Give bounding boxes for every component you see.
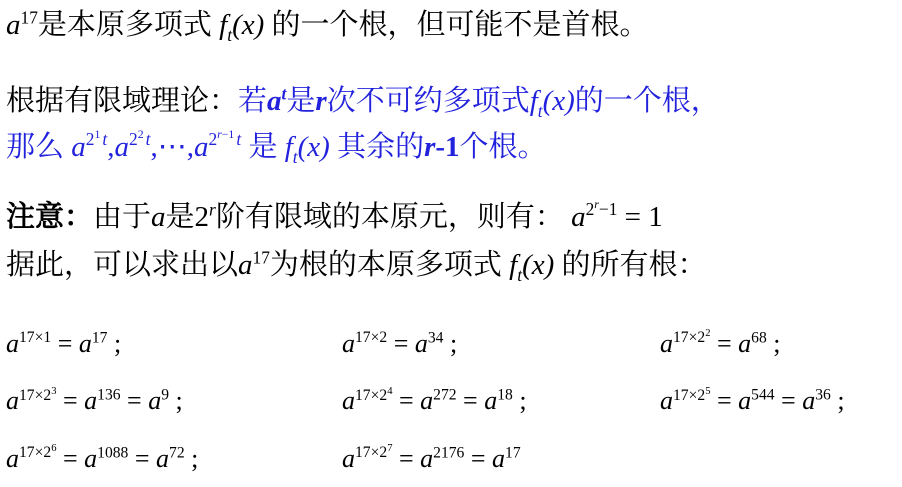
semicolon: ; [169, 386, 183, 415]
math-var-f: f [285, 131, 293, 163]
equals-sign: = [387, 329, 415, 358]
math-arg: (x) [232, 9, 264, 41]
root-formula-4: a17×23 = a136 = a9 ; [6, 381, 342, 421]
math-exponent: 17×23 [19, 387, 56, 404]
math-var-a: a [660, 329, 673, 358]
math-exponent: 9 [161, 387, 169, 404]
semicolon: ; [107, 329, 121, 358]
math-exponent: 2r−1t [208, 129, 241, 149]
paragraph-theory-line2: 那么 a21t,a22t,⋯,a2r−1t 是 ft(x) 其余的r-1个根。 [6, 125, 902, 171]
math-var-a: a [6, 329, 19, 358]
root-formula-3: a17×22 = a68 ; [660, 324, 902, 364]
math-exponent: 2176 [433, 444, 464, 461]
text-segment: 据此，可以求出以 [6, 249, 238, 281]
equals-sign: = [56, 444, 84, 473]
math-var-a: a [484, 386, 497, 415]
equals-sign: = [128, 444, 156, 473]
math-exponent: 544 [751, 387, 774, 404]
math-exponent: 2r−1 [586, 199, 618, 219]
text-segment: 次不可约多项式 [327, 85, 530, 117]
math-var-a: a [342, 444, 355, 473]
equals-sign: = [710, 329, 738, 358]
text-segment: 由于 [93, 201, 151, 233]
math-exponent: 17×25 [673, 387, 710, 404]
math-var-a: a [342, 386, 355, 415]
math-var-a: a [148, 386, 161, 415]
math-var-r: r [424, 131, 435, 163]
root-formula-8: a17×27 = a2176 = a17 [342, 439, 660, 479]
math-var-a: a [238, 249, 253, 281]
math-exponent: 17×1 [19, 329, 51, 346]
text-segment: 为根的本原多项式 [270, 249, 509, 281]
math-var-a: a [738, 386, 751, 415]
math-var-a: a [79, 329, 92, 358]
math-exponent: 17 [505, 444, 521, 461]
ellipsis: ,⋯, [150, 131, 194, 163]
math-var-a: a [6, 386, 19, 415]
root-formula-2: a17×2 = a34 ; [342, 324, 660, 364]
exp-tail: −1 [599, 199, 618, 219]
exp-base: 17×2 [673, 329, 705, 346]
text-segment: 的一个根， [575, 85, 720, 117]
equals-sign: = [56, 386, 84, 415]
text-segment: 是2 [166, 201, 210, 233]
math-exponent: 17×24 [355, 387, 392, 404]
math-exponent: 18 [497, 387, 513, 404]
math-exponent: 17×22 [673, 329, 710, 346]
math-var-a: a [342, 329, 355, 358]
math-exponent: 22t [129, 129, 150, 149]
math-exponent: 68 [751, 329, 767, 346]
paragraph-derive: 据此，可以求出以a17为根的本原多项式 ft(x) 的所有根： [6, 241, 902, 290]
semicolon: ; [767, 329, 781, 358]
exp-num: −1 [222, 127, 235, 141]
nested-exponent: r−1 [217, 127, 234, 141]
exp-base: 2 [586, 199, 595, 219]
exp-base: 2 [208, 129, 217, 149]
equals-sign: = [392, 386, 420, 415]
math-exponent: 17 [21, 7, 38, 27]
math-var-a: a [660, 386, 673, 415]
math-arg: (x) [543, 85, 575, 117]
semicolon: ; [831, 386, 845, 415]
equals-sign: = [392, 444, 420, 473]
root-formula-6: a17×25 = a544 = a36 ; [660, 381, 902, 421]
math-exponent: 17 [253, 248, 270, 268]
math-exponent: 17×26 [19, 444, 56, 461]
nested-exponent: 1 [94, 127, 100, 141]
equals-sign: = [121, 386, 149, 415]
math-exponent: 272 [433, 387, 456, 404]
math-var-r: r [315, 85, 326, 117]
math-var-a: a [802, 386, 815, 415]
exp-base: 17×2 [355, 387, 387, 404]
exp-base: 17×2 [19, 444, 51, 461]
exp-base: 2 [129, 129, 138, 149]
text-segment: 若 [238, 85, 267, 117]
math-var-a: a [84, 386, 97, 415]
math-var-a: a [492, 444, 505, 473]
note-label: 注意： [6, 201, 93, 233]
exp-base: 17×2 [673, 387, 705, 404]
math-var-a: a [84, 444, 97, 473]
text-segment: 的所有根： [554, 249, 706, 281]
text-segment: 其余的 [330, 131, 424, 163]
math-arg: (x) [298, 131, 330, 163]
math-exponent: 17×27 [355, 444, 392, 461]
exp-base: 17×1 [19, 329, 51, 346]
math-var-a: a [738, 329, 751, 358]
math-exponent: 136 [97, 387, 120, 404]
math-var-a: a [194, 131, 209, 163]
math-var-f: f [219, 9, 227, 41]
text-lead: 根据有限域理论： [6, 85, 238, 117]
slide-canvas: a17是本原多项式 ft(x) 的一个根，但可能不是首根。 根据有限域理论：若a… [0, 0, 902, 487]
equals-sign: = [464, 444, 492, 473]
math-exponent: r [209, 199, 216, 219]
math-var-a: a [114, 131, 129, 163]
paragraph-theory-line1: 根据有限域理论：若at是r次不可约多项式ft(x)的一个根， [6, 79, 902, 125]
math-var-a: a [571, 201, 586, 233]
text-segment: 是本原多项式 [38, 9, 219, 41]
math-var-a: a [156, 444, 169, 473]
text-segment: 个根。 [460, 131, 547, 163]
exp-base: 17×2 [355, 329, 387, 346]
equals-sign: = [457, 386, 485, 415]
minus-one: -1 [435, 131, 459, 163]
text-segment: 的一个根，但可能不是首根。 [264, 9, 648, 41]
roots-grid: a17×1 = a17 ; a17×2 = a34 ; a17×22 = a68… [6, 324, 902, 479]
semicolon: ; [443, 329, 457, 358]
root-formula-5: a17×24 = a272 = a18 ; [342, 381, 660, 421]
exp-base: 17×2 [355, 444, 387, 461]
theory-statement: 若at是r次不可约多项式ft(x)的一个根， [238, 85, 720, 117]
root-formula-1: a17×1 = a17 ; [6, 324, 342, 364]
math-var-a: a [151, 201, 166, 233]
semicolon: ; [513, 386, 527, 415]
math-exponent: 72 [169, 444, 185, 461]
math-var-a: a [420, 444, 433, 473]
equals-sign: = [775, 386, 803, 415]
math-var-a: a [6, 444, 19, 473]
math-exponent: 17 [92, 329, 108, 346]
text-segment: 是 [241, 131, 285, 163]
equals-one: = 1 [617, 201, 662, 233]
math-var-f: f [530, 85, 538, 117]
math-arg: (x) [522, 249, 554, 281]
text-segment: 阶有限域的本原元，则有： [216, 201, 571, 233]
math-exponent: 21t [86, 129, 107, 149]
math-var-a: a [420, 386, 433, 415]
paragraph-note: 注意：由于a是2r阶有限域的本原元，则有： a2r−1 = 1 [6, 193, 902, 242]
equals-sign: = [51, 329, 79, 358]
exp-num: 2 [138, 127, 144, 141]
math-var-a: a [71, 131, 86, 163]
nested-exponent: 2 [138, 127, 144, 141]
text-segment: 那么 [6, 131, 71, 163]
semicolon: ; [185, 444, 199, 473]
text-segment: 是 [286, 85, 315, 117]
math-var-a: a [415, 329, 428, 358]
exp-base: 17×2 [19, 387, 51, 404]
root-formula-7: a17×26 = a1088 = a72 ; [6, 439, 342, 479]
math-exponent: 1088 [97, 444, 128, 461]
math-var-a: a [6, 9, 21, 41]
exp-num: 1 [94, 127, 100, 141]
math-exponent: 34 [428, 329, 444, 346]
math-var-a: a [267, 85, 282, 117]
equals-sign: = [710, 386, 738, 415]
math-exponent: 17×2 [355, 329, 387, 346]
math-exponent: 36 [815, 387, 831, 404]
paragraph-intro: a17是本原多项式 ft(x) 的一个根，但可能不是首根。 [6, 4, 902, 46]
